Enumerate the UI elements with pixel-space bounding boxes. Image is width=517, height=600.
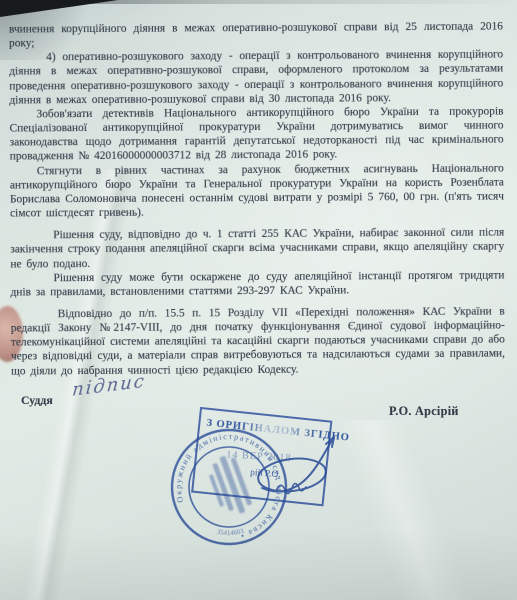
judge-label: Суддя (21, 393, 53, 408)
paragraph-obligation: Зобов'язати детективів Національного ант… (9, 104, 503, 164)
paragraph-transitional: Відповідно до п/п. 15.5 п. 15 Розділу VI… (11, 304, 505, 378)
paragraph-appeal: Рішення суду може бути оскаржене до суду… (10, 268, 504, 299)
stamped-name-fragment: рій Р.О. (250, 467, 281, 480)
paragraph-legal-force: Рішення суду, відповідно до ч. 1 статті … (10, 226, 504, 271)
paragraph-costs: Стягнути в рівних частинах за рахунок бю… (10, 161, 504, 221)
certification-stamp-and-seal: З ОРИГІНАЛОМ ЗГІДНО 14 ВЕР 2018 Окружний… (150, 395, 405, 575)
paragraph-item-4: 4) оперативно-розшукового заходу - опера… (9, 48, 503, 108)
document-body: вчинення корупційного діяння в межах опе… (9, 19, 505, 378)
seal-center-illegible-text (204, 452, 254, 519)
scanned-court-document: вчинення корупційного діяння в межах опе… (0, 0, 517, 600)
paragraph-continuation: вчинення корупційного діяння в межах опе… (9, 19, 503, 50)
